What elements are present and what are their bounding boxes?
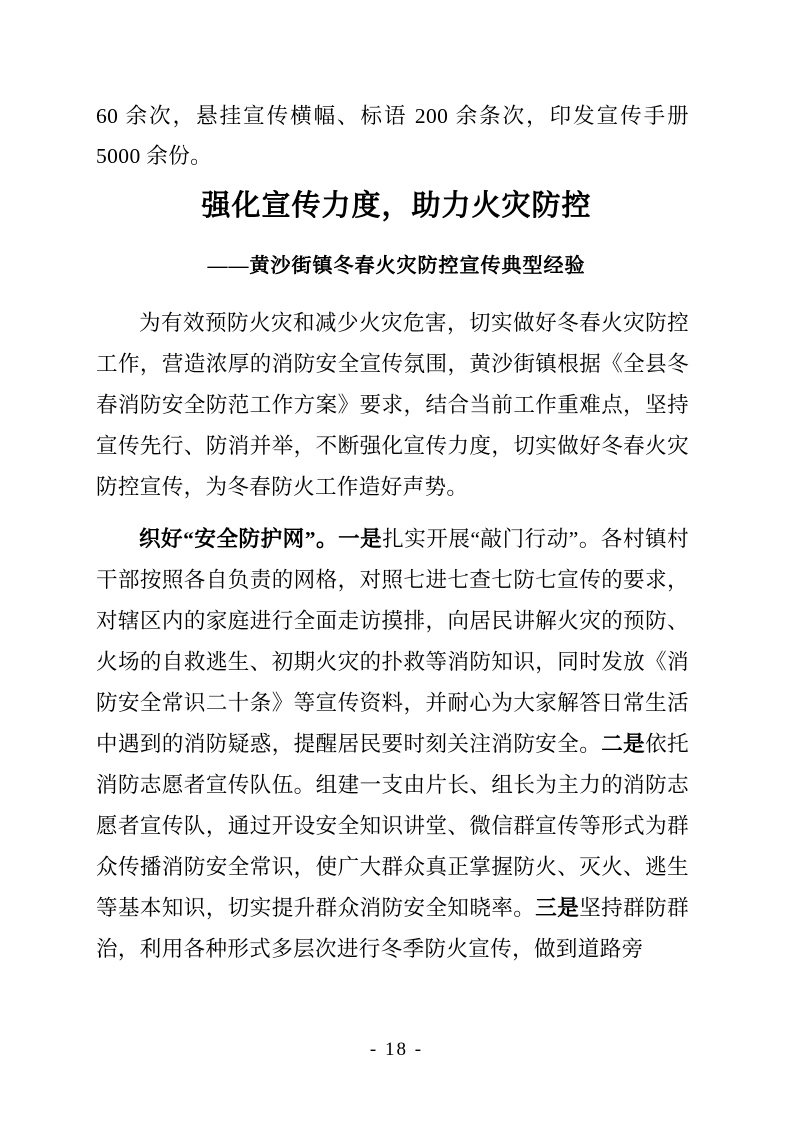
page-number: - 18 - xyxy=(0,1036,793,1064)
page-title: 强化宣传力度，助力火灾防控 xyxy=(0,184,793,228)
paragraph-bold-run: 三是 xyxy=(535,896,579,920)
paragraph: 为有效预防火灾和减少火灾危害，切实做好冬春火灾防控工作，营造浓厚的消防安全宣传氛… xyxy=(96,303,689,508)
paragraph-text-run: 扎实开展“敲门行动”。各村镇村干部按照各自负责的网格，对照七进七查七防七宣传的要… xyxy=(96,527,689,756)
paragraph-bold-run: 织好“安全防护网”。一是 xyxy=(139,527,382,551)
paragraph-text-run: 为有效预防火灾和减少火灾危害，切实做好冬春火灾防控工作，营造浓厚的消防安全宣传氛… xyxy=(96,311,689,499)
document-page: 60 余次，悬挂宣传横幅、标语 200 余条次，印发宣传手册 5000 余份。 … xyxy=(0,0,793,1122)
body-paragraphs: 为有效预防火灾和减少火灾危害，切实做好冬春火灾防控工作，营造浓厚的消防安全宣传氛… xyxy=(96,303,689,970)
page-subtitle: ——黄沙街镇冬春火灾防控宣传典型经验 xyxy=(0,250,793,282)
lead-paragraph: 60 余次，悬挂宣传横幅、标语 200 余条次，印发宣传手册 5000 余份。 xyxy=(96,96,689,176)
paragraph-bold-run: 二是 xyxy=(601,732,645,756)
paragraph-text-run: 依托消防志愿者宣传队伍。组建一支由片长、组长为主力的消防志愿者宣传队，通过开设安… xyxy=(96,732,689,920)
paragraph: 织好“安全防护网”。一是扎实开展“敲门行动”。各村镇村干部按照各自负责的网格，对… xyxy=(96,519,689,970)
